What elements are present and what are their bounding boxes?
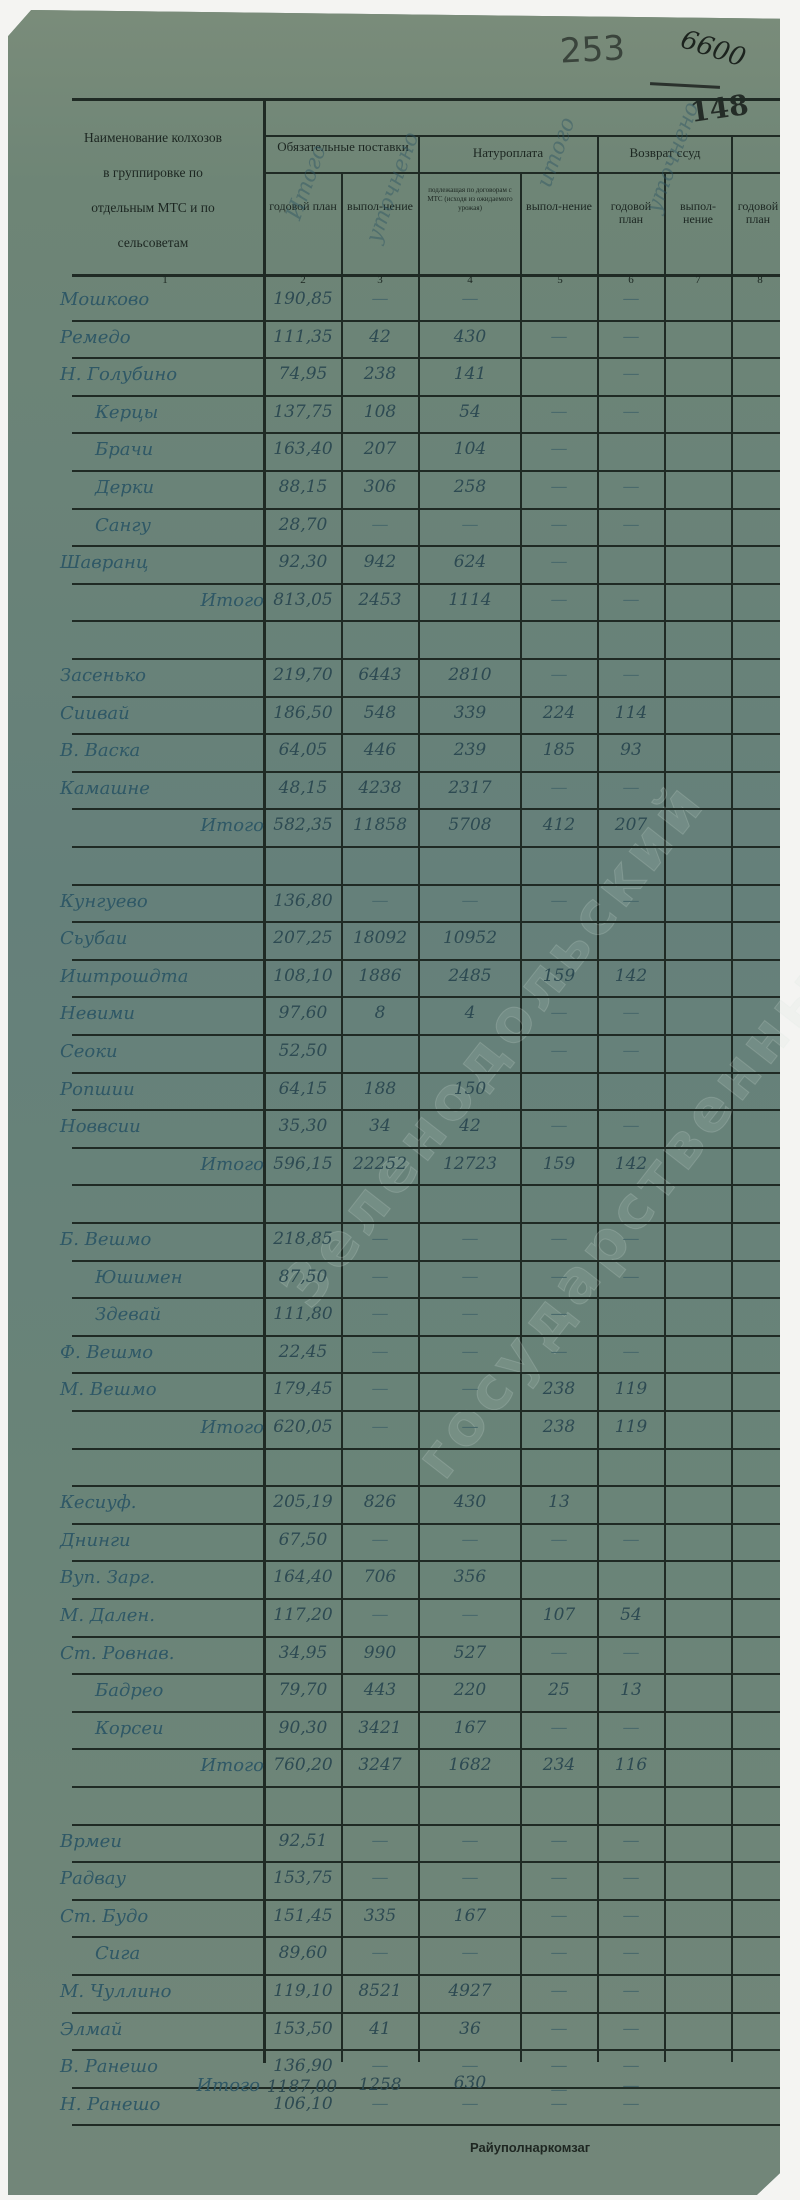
table-cell-c2: 596,15 xyxy=(264,1154,342,1174)
row-rule xyxy=(72,1072,780,1074)
table-cell-c5: — xyxy=(522,1943,596,1963)
table-cell-c6: — xyxy=(599,1041,663,1061)
table-cell-c5: 107 xyxy=(522,1605,596,1625)
table-cell-c5: — xyxy=(522,2019,596,2039)
column-number: 1 xyxy=(155,274,175,286)
table-cell-c5: — xyxy=(522,515,596,535)
row-rule xyxy=(72,583,780,585)
table-cell-c5: 412 xyxy=(522,815,596,835)
table-cell-c2: 760,20 xyxy=(264,1755,342,1775)
table-cell-c3: — xyxy=(342,515,418,535)
table-cell-c3: 706 xyxy=(342,1567,418,1587)
row-rule xyxy=(72,432,780,434)
table-cell-c2: 34,95 xyxy=(264,1643,342,1663)
table-cell-c4: 2485 xyxy=(420,966,520,986)
table-cell-c2: 64,05 xyxy=(264,740,342,760)
grand-total-c2: 1187,00 xyxy=(262,2077,342,2097)
kolkhoz-name: М. Вешмо xyxy=(60,1379,260,1400)
row-rule xyxy=(72,1899,780,1901)
table-cell-c3: 18092 xyxy=(342,928,418,948)
table-cell-c5: 13 xyxy=(522,1492,596,1512)
table-cell-c3: 238 xyxy=(342,364,418,384)
table-cell-c2: 48,15 xyxy=(264,778,342,798)
kolkhoz-name: Камашне xyxy=(60,778,260,799)
row-rule xyxy=(72,1184,780,1186)
kolkhoz-name: М. Чуллино xyxy=(60,1981,260,2002)
table-cell-c3: 4238 xyxy=(342,778,418,798)
table-cell-c5: — xyxy=(522,1342,596,1362)
table-cell-c5: 159 xyxy=(522,1154,596,1174)
table-cell-c6: — xyxy=(599,1831,663,1851)
subheader-annual-plan: годовой план xyxy=(733,200,783,226)
row-rule xyxy=(72,959,780,961)
table-cell-c5: — xyxy=(522,1831,596,1851)
row-rule xyxy=(72,2012,780,2014)
row-rule xyxy=(72,395,780,397)
table-cell-c4: — xyxy=(420,1831,520,1851)
row-rule xyxy=(72,357,780,359)
table-cell-c3: 108 xyxy=(342,402,418,422)
row-rule xyxy=(72,771,780,773)
table-cell-c4: 150 xyxy=(420,1079,520,1099)
table-cell-c4: 1682 xyxy=(420,1755,520,1775)
table-cell-c6: 119 xyxy=(599,1417,663,1437)
subheader-fulfilment: выпол-нение xyxy=(666,200,730,226)
table-cell-c4: 167 xyxy=(420,1906,520,1926)
table-cell-c3: 826 xyxy=(342,1492,418,1512)
table-cell-c3: — xyxy=(342,1831,418,1851)
table-cell-c2: 153,50 xyxy=(264,2019,342,2039)
kolkhoz-name: Сьубаи xyxy=(60,928,260,949)
table-cell-c4: 258 xyxy=(420,477,520,497)
kolkhoz-name: Днинги xyxy=(60,1530,260,1551)
table-cell-c2: 582,35 xyxy=(264,815,342,835)
table-cell-c4: 624 xyxy=(420,552,520,572)
table-cell-c4: 430 xyxy=(420,327,520,347)
table-cell-c2: 219,70 xyxy=(264,665,342,685)
table-cell-c5: — xyxy=(522,1229,596,1249)
table-cell-c4: 430 xyxy=(420,1492,520,1512)
table-cell-c6: — xyxy=(599,1267,663,1287)
table-cell-c6: — xyxy=(599,1116,663,1136)
subtotal-label: Итого xyxy=(140,1417,264,1438)
table-cell-c6: — xyxy=(599,515,663,535)
table-cell-c5: 238 xyxy=(522,1379,596,1399)
table-cell-c3: — xyxy=(342,1229,418,1249)
table-cell-c5: 238 xyxy=(522,1417,596,1437)
table-cell-c4: 167 xyxy=(420,1718,520,1738)
table-cell-c6: — xyxy=(599,1943,663,1963)
table-cell-c2: 52,50 xyxy=(264,1041,342,1061)
table-cell-c5: — xyxy=(522,1304,596,1324)
table-cell-c2: 35,30 xyxy=(264,1116,342,1136)
kolkhoz-name: Сеоки xyxy=(60,1041,260,1062)
table-cell-c6: 142 xyxy=(599,1154,663,1174)
table-cell-c2: 620,05 xyxy=(264,1417,342,1437)
row-rule xyxy=(72,658,780,660)
row-rule xyxy=(72,696,780,698)
table-cell-c2: 119,10 xyxy=(264,1981,342,2001)
row-rule xyxy=(72,1824,780,1826)
stamped-page-number: 253 xyxy=(559,28,626,71)
table-cell-c3: — xyxy=(342,1605,418,1625)
header-line: отдельным МТС и по xyxy=(48,190,258,225)
table-cell-c3: 6443 xyxy=(342,665,418,685)
table-cell-c2: 207,25 xyxy=(264,928,342,948)
table-cell-c3: — xyxy=(342,1267,418,1287)
group-header-rule xyxy=(266,135,780,137)
row-rule xyxy=(72,545,780,547)
table-cell-c3: — xyxy=(342,1417,418,1437)
table-cell-c5: — xyxy=(522,1116,596,1136)
table-cell-c5: 224 xyxy=(522,703,596,723)
subtotal-label: Итого xyxy=(140,815,264,836)
table-cell-c5: — xyxy=(522,778,596,798)
table-cell-c5: — xyxy=(522,439,596,459)
table-cell-c4: — xyxy=(420,1417,520,1437)
table-cell-c6: 207 xyxy=(599,815,663,835)
table-cell-c6: 93 xyxy=(599,740,663,760)
table-cell-c4: — xyxy=(420,2094,520,2114)
table-cell-c4: — xyxy=(420,1379,520,1399)
table-cell-c4: 4 xyxy=(420,1003,520,1023)
table-cell-c2: 22,45 xyxy=(264,1342,342,1362)
row-rule xyxy=(72,846,780,848)
column-number: 8 xyxy=(750,274,770,286)
table-cell-c3: 942 xyxy=(342,552,418,572)
table-cell-c4: 54 xyxy=(420,402,520,422)
subheader-due-by-mts-contracts: подлежащая по договорам с МТС (исходя из… xyxy=(422,186,518,213)
kolkhoz-name: Ф. Вешмо xyxy=(60,1342,260,1363)
kolkhoz-name: В. Васка xyxy=(60,740,260,761)
table-cell-c6: 119 xyxy=(599,1379,663,1399)
table-cell-c2: 136,90 xyxy=(264,2056,342,2076)
table-cell-c2: 64,15 xyxy=(264,1079,342,1099)
table-cell-c3: 335 xyxy=(342,1906,418,1926)
table-cell-c5: — xyxy=(522,2056,596,2076)
table-cell-c4: — xyxy=(420,1229,520,1249)
column-number: 7 xyxy=(688,274,708,286)
grand-total-c5: — xyxy=(522,2080,596,2100)
subheader-fulfilment: выпол-нение xyxy=(522,200,596,213)
row-rule xyxy=(72,1560,780,1562)
row-rule xyxy=(72,1222,780,1224)
table-cell-c3: 8 xyxy=(342,1003,418,1023)
table-cell-c2: 87,50 xyxy=(264,1267,342,1287)
table-cell-c4: 42 xyxy=(420,1116,520,1136)
table-cell-c2: 74,95 xyxy=(264,364,342,384)
table-cell-c2: 190,85 xyxy=(264,289,342,309)
kolkhoz-name: Новвсии xyxy=(60,1116,260,1137)
subheader-rule xyxy=(266,172,780,174)
table-cell-c4: — xyxy=(420,891,520,911)
table-cell-c5: — xyxy=(522,891,596,911)
table-cell-c4: 339 xyxy=(420,703,520,723)
table-cell-c2: 163,40 xyxy=(264,439,342,459)
table-cell-c6: — xyxy=(599,1981,663,2001)
table-cell-c4: 356 xyxy=(420,1567,520,1587)
table-cell-c6: — xyxy=(599,2056,663,2076)
table-cell-c3: — xyxy=(342,1868,418,1888)
kolkhoz-name: Сиивай xyxy=(60,703,260,724)
table-cell-c6: 13 xyxy=(599,1680,663,1700)
table-cell-c6: — xyxy=(599,1342,663,1362)
table-cell-c3: 443 xyxy=(342,1680,418,1700)
table-cell-c2: 67,50 xyxy=(264,1530,342,1550)
kolkhoz-name: Ропшии xyxy=(60,1079,260,1100)
table-cell-c4: — xyxy=(420,1342,520,1362)
name-column-header: Наименование колхозов в группировке по о… xyxy=(48,120,258,260)
row-rule xyxy=(72,1636,780,1638)
table-cell-c3: — xyxy=(342,1379,418,1399)
table-cell-c2: 106,10 xyxy=(264,2094,342,2114)
table-cell-c6: — xyxy=(599,891,663,911)
row-rule xyxy=(72,1335,780,1337)
table-cell-c2: 88,15 xyxy=(264,477,342,497)
kolkhoz-name: Вуп. Зарг. xyxy=(60,1567,260,1588)
kolkhoz-name: Ст. Ровнав. xyxy=(60,1643,260,1664)
table-cell-c2: 218,85 xyxy=(264,1229,342,1249)
table-cell-c6: — xyxy=(599,364,663,384)
table-cell-c6: — xyxy=(599,1229,663,1249)
table-cell-c3: — xyxy=(342,2094,418,2114)
table-cell-c5: — xyxy=(522,1981,596,2001)
table-cell-c3: — xyxy=(342,1304,418,1324)
row-rule xyxy=(72,620,780,622)
row-rule xyxy=(72,921,780,923)
kolkhoz-name: Мошково xyxy=(60,289,260,310)
row-rule xyxy=(72,1034,780,1036)
signature-caption: Райуполнаркомзаг xyxy=(470,2140,590,2155)
kolkhoz-name: Иштрошдта xyxy=(60,966,260,987)
grand-total-c3: 1258 xyxy=(342,2075,418,2095)
header-line: в группировке по xyxy=(48,155,258,190)
row-rule xyxy=(72,470,780,472)
table-cell-c5: — xyxy=(522,1267,596,1287)
table-cell-c6: — xyxy=(599,477,663,497)
kolkhoz-name: Б. Вешмо xyxy=(60,1229,260,1250)
table-cell-c3: 207 xyxy=(342,439,418,459)
column-number: 5 xyxy=(550,274,570,286)
row-rule xyxy=(72,1673,780,1675)
table-cell-c3: 22252 xyxy=(342,1154,418,1174)
row-rule xyxy=(72,1260,780,1262)
table-cell-c3: 42 xyxy=(342,327,418,347)
kolkhoz-name: Элмай xyxy=(60,2019,260,2040)
table-cell-c4: 4927 xyxy=(420,1981,520,2001)
table-cell-c2: 97,60 xyxy=(264,1003,342,1023)
table-cell-c5: 25 xyxy=(522,1680,596,1700)
kolkhoz-name: Кесиуф. xyxy=(60,1492,260,1513)
subtotal-label: Итого xyxy=(140,590,264,611)
table-cell-c6: — xyxy=(599,327,663,347)
row-rule xyxy=(72,1448,780,1450)
table-cell-c6: — xyxy=(599,590,663,610)
row-rule xyxy=(72,1485,780,1487)
table-cell-c5: — xyxy=(522,327,596,347)
table-cell-c5: 159 xyxy=(522,966,596,986)
kolkhoz-name: Радвау xyxy=(60,1868,260,1889)
table-cell-c2: 111,35 xyxy=(264,327,342,347)
table-cell-c5: 234 xyxy=(522,1755,596,1775)
table-cell-c6: — xyxy=(599,402,663,422)
kolkhoz-name: Засенько xyxy=(60,665,260,686)
table-cell-c4: 2317 xyxy=(420,778,520,798)
table-cell-c2: 137,75 xyxy=(264,402,342,422)
table-cell-c4: — xyxy=(420,289,520,309)
table-cell-c2: 179,45 xyxy=(264,1379,342,1399)
table-cell-c2: 92,30 xyxy=(264,552,342,572)
row-rule xyxy=(72,2124,780,2126)
table-cell-c4: 141 xyxy=(420,364,520,384)
table-cell-c4: — xyxy=(420,1304,520,1324)
table-cell-c3: — xyxy=(342,1342,418,1362)
row-rule xyxy=(72,996,780,998)
row-rule xyxy=(72,1974,780,1976)
row-rule xyxy=(72,884,780,886)
table-cell-c4: 2810 xyxy=(420,665,520,685)
table-cell-c3: — xyxy=(342,289,418,309)
kolkhoz-name: Кунгуево xyxy=(60,891,260,912)
column-number: 2 xyxy=(293,274,313,286)
row-rule xyxy=(72,2049,780,2051)
row-rule xyxy=(72,1372,780,1374)
row-rule xyxy=(72,508,780,510)
table-cell-c6: 54 xyxy=(599,1605,663,1625)
table-cell-c4: — xyxy=(420,1943,520,1963)
table-cell-c3: — xyxy=(342,891,418,911)
table-cell-c4: — xyxy=(420,1605,520,1625)
row-rule xyxy=(72,1109,780,1111)
table-cell-c3: 34 xyxy=(342,1116,418,1136)
table-cell-c4: 5708 xyxy=(420,815,520,835)
table-cell-c6: — xyxy=(599,665,663,685)
table-cell-c3: — xyxy=(342,2056,418,2076)
table-cell-c6: — xyxy=(599,1003,663,1023)
table-cell-c5: — xyxy=(522,402,596,422)
kolkhoz-name: Невими xyxy=(60,1003,260,1024)
column-number: 4 xyxy=(460,274,480,286)
grand-total-label: Итого xyxy=(110,2075,260,2096)
table-cell-c6: — xyxy=(599,2094,663,2114)
row-rule xyxy=(72,1147,780,1149)
row-rule xyxy=(72,1861,780,1863)
table-cell-c6: 142 xyxy=(599,966,663,986)
header-line: Наименование колхозов xyxy=(48,120,258,155)
row-rule xyxy=(72,1297,780,1299)
table-cell-c2: 108,10 xyxy=(264,966,342,986)
header-bottom-rule xyxy=(72,274,780,277)
row-rule xyxy=(72,1786,780,1788)
table-cell-c5: — xyxy=(522,552,596,572)
row-rule xyxy=(72,1936,780,1938)
table-cell-c2: 151,45 xyxy=(264,1906,342,1926)
table-cell-c6: — xyxy=(599,1530,663,1550)
table-cell-c3: — xyxy=(342,1943,418,1963)
table-cell-c6: — xyxy=(599,1718,663,1738)
table-cell-c2: 89,60 xyxy=(264,1943,342,1963)
table-cell-c6: — xyxy=(599,289,663,309)
kolkhoz-name: Ремедо xyxy=(60,327,260,348)
table-cell-c5: — xyxy=(522,1868,596,1888)
table-cell-c3: 188 xyxy=(342,1079,418,1099)
table-cell-c4: 10952 xyxy=(420,928,520,948)
table-cell-c3: 3247 xyxy=(342,1755,418,1775)
table-cell-c4: 104 xyxy=(420,439,520,459)
kolkhoz-name: М. Дален. xyxy=(60,1605,260,1626)
table-cell-c6: 114 xyxy=(599,703,663,723)
table-cell-c5: 185 xyxy=(522,740,596,760)
subtotal-label: Итого xyxy=(140,1154,264,1175)
table-cell-c2: 111,80 xyxy=(264,1304,342,1324)
table-cell-c4: 1114 xyxy=(420,590,520,610)
subtotal-label: Итого xyxy=(140,1755,264,1776)
column-number: 6 xyxy=(621,274,641,286)
table-cell-c3: 3421 xyxy=(342,1718,418,1738)
table-cell-c2: 92,51 xyxy=(264,1831,342,1851)
column-number: 3 xyxy=(370,274,390,286)
table-cell-c2: 28,70 xyxy=(264,515,342,535)
table-cell-c6: — xyxy=(599,1868,663,1888)
row-rule xyxy=(72,320,780,322)
table-cell-c6: — xyxy=(599,2019,663,2039)
table-cell-c2: 79,70 xyxy=(264,1680,342,1700)
table-cell-c4: 239 xyxy=(420,740,520,760)
table-top-rule xyxy=(72,98,780,101)
table-cell-c6: — xyxy=(599,1906,663,1926)
table-cell-c3: 446 xyxy=(342,740,418,760)
row-rule xyxy=(72,1598,780,1600)
table-cell-c2: 153,75 xyxy=(264,1868,342,1888)
table-cell-c3: 548 xyxy=(342,703,418,723)
row-rule xyxy=(72,1523,780,1525)
table-cell-c5: — xyxy=(522,665,596,685)
row-rule xyxy=(72,1410,780,1412)
table-cell-c4: — xyxy=(420,1530,520,1550)
table-cell-c3: 990 xyxy=(342,1643,418,1663)
table-cell-c5: — xyxy=(522,1643,596,1663)
table-cell-c4: — xyxy=(420,515,520,535)
grand-total-c4: 630 xyxy=(420,2073,520,2093)
table-cell-c2: 90,30 xyxy=(264,1718,342,1738)
table-cell-c3: 8521 xyxy=(342,1981,418,2001)
table-cell-c4: — xyxy=(420,1868,520,1888)
table-cell-c6: — xyxy=(599,778,663,798)
row-rule xyxy=(72,1748,780,1750)
kolkhoz-name: Н. Голубино xyxy=(60,364,260,385)
table-cell-c3: 306 xyxy=(342,477,418,497)
row-rule xyxy=(72,733,780,735)
row-rule xyxy=(72,1711,780,1713)
kolkhoz-name: Н. Ранешо xyxy=(60,2094,260,2115)
table-cell-c2: 164,40 xyxy=(264,1567,342,1587)
table-cell-c2: 117,20 xyxy=(264,1605,342,1625)
table-cell-c4: 12723 xyxy=(420,1154,520,1174)
table-cell-c2: 205,19 xyxy=(264,1492,342,1512)
table-cell-c5: — xyxy=(522,1906,596,1926)
header-line: сельсоветам xyxy=(48,225,258,260)
kolkhoz-name: Шавранц xyxy=(60,552,260,573)
table-cell-c3: 1886 xyxy=(342,966,418,986)
table-cell-c2: 136,80 xyxy=(264,891,342,911)
table-cell-c3: 41 xyxy=(342,2019,418,2039)
table-cell-c3: 11858 xyxy=(342,815,418,835)
table-cell-c5: — xyxy=(522,477,596,497)
grand-total-c6: — xyxy=(599,2076,663,2096)
table-cell-c5: — xyxy=(522,590,596,610)
table-cell-c6: — xyxy=(599,1643,663,1663)
kolkhoz-name: Ст. Будо xyxy=(60,1906,260,1927)
